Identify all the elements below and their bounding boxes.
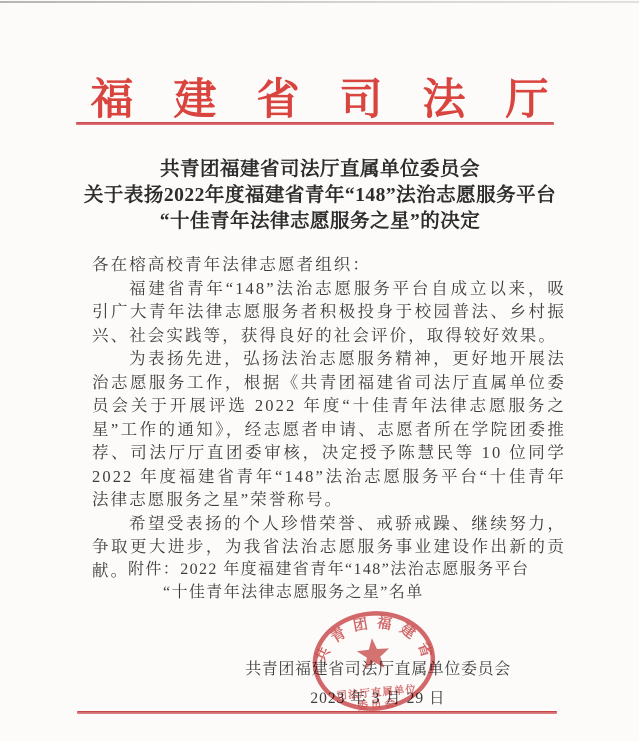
star-icon	[356, 637, 391, 671]
document-title-line1: 共青团福建省司法厅直属单位委员会	[70, 157, 570, 183]
scan-edge-artifact	[0, 1, 639, 3]
letterhead-org-name: 福建省司法厅	[0, 66, 639, 127]
body-paragraph: 为表扬先进，弘扬法治志愿服务精神，更好地开展法治志愿服务工作，根据《共青团福建省…	[92, 347, 566, 512]
attachment-line1: 附件：2022 年度福建省青年“148”法治志愿服务平台	[128, 558, 529, 581]
attachment-note: 附件：2022 年度福建省青年“148”法治志愿服务平台 “十佳青年法律志愿服务…	[128, 558, 529, 604]
salutation: 各在榕高校青年法律志愿者组织：	[92, 253, 566, 277]
footer-rule	[77, 711, 557, 714]
letterhead-rule	[76, 122, 554, 125]
document-body: 各在榕高校青年法律志愿者组织： 福建省青年“148”法治志愿服务平台自成立以来，…	[92, 253, 566, 582]
document-title-line2: 关于表扬2022年度福建省青年“148”法治志愿服务平台	[70, 183, 570, 209]
document-title-line3: “十佳青年法律志愿服务之星”的决定	[70, 209, 570, 235]
attachment-line2: “十佳青年法律志愿服务之星”名单	[163, 581, 529, 604]
document-title: 共青团福建省司法厅直属单位委员会 关于表扬2022年度福建省青年“148”法治志…	[70, 157, 570, 235]
body-paragraph: 福建省青年“148”法治志愿服务平台自成立以来，吸引广大青年法律志愿服务者积极投…	[92, 277, 566, 348]
official-seal: 共青团福建省 司法厅直属单位 委员会	[298, 595, 450, 729]
official-document-page: 福建省司法厅 共青团福建省司法厅直属单位委员会 关于表扬2022年度福建省青年“…	[0, 0, 639, 741]
